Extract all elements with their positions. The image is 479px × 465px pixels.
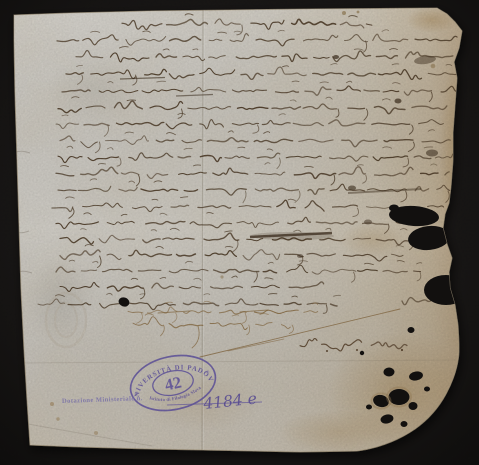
manuscript-scan-viewport: UNIVERSITÀ DI PADOVA Istituto di Filolog… [0, 0, 479, 465]
scan-grain [0, 0, 479, 465]
manuscript-scan: UNIVERSITÀ DI PADOVA Istituto di Filolog… [0, 0, 479, 465]
